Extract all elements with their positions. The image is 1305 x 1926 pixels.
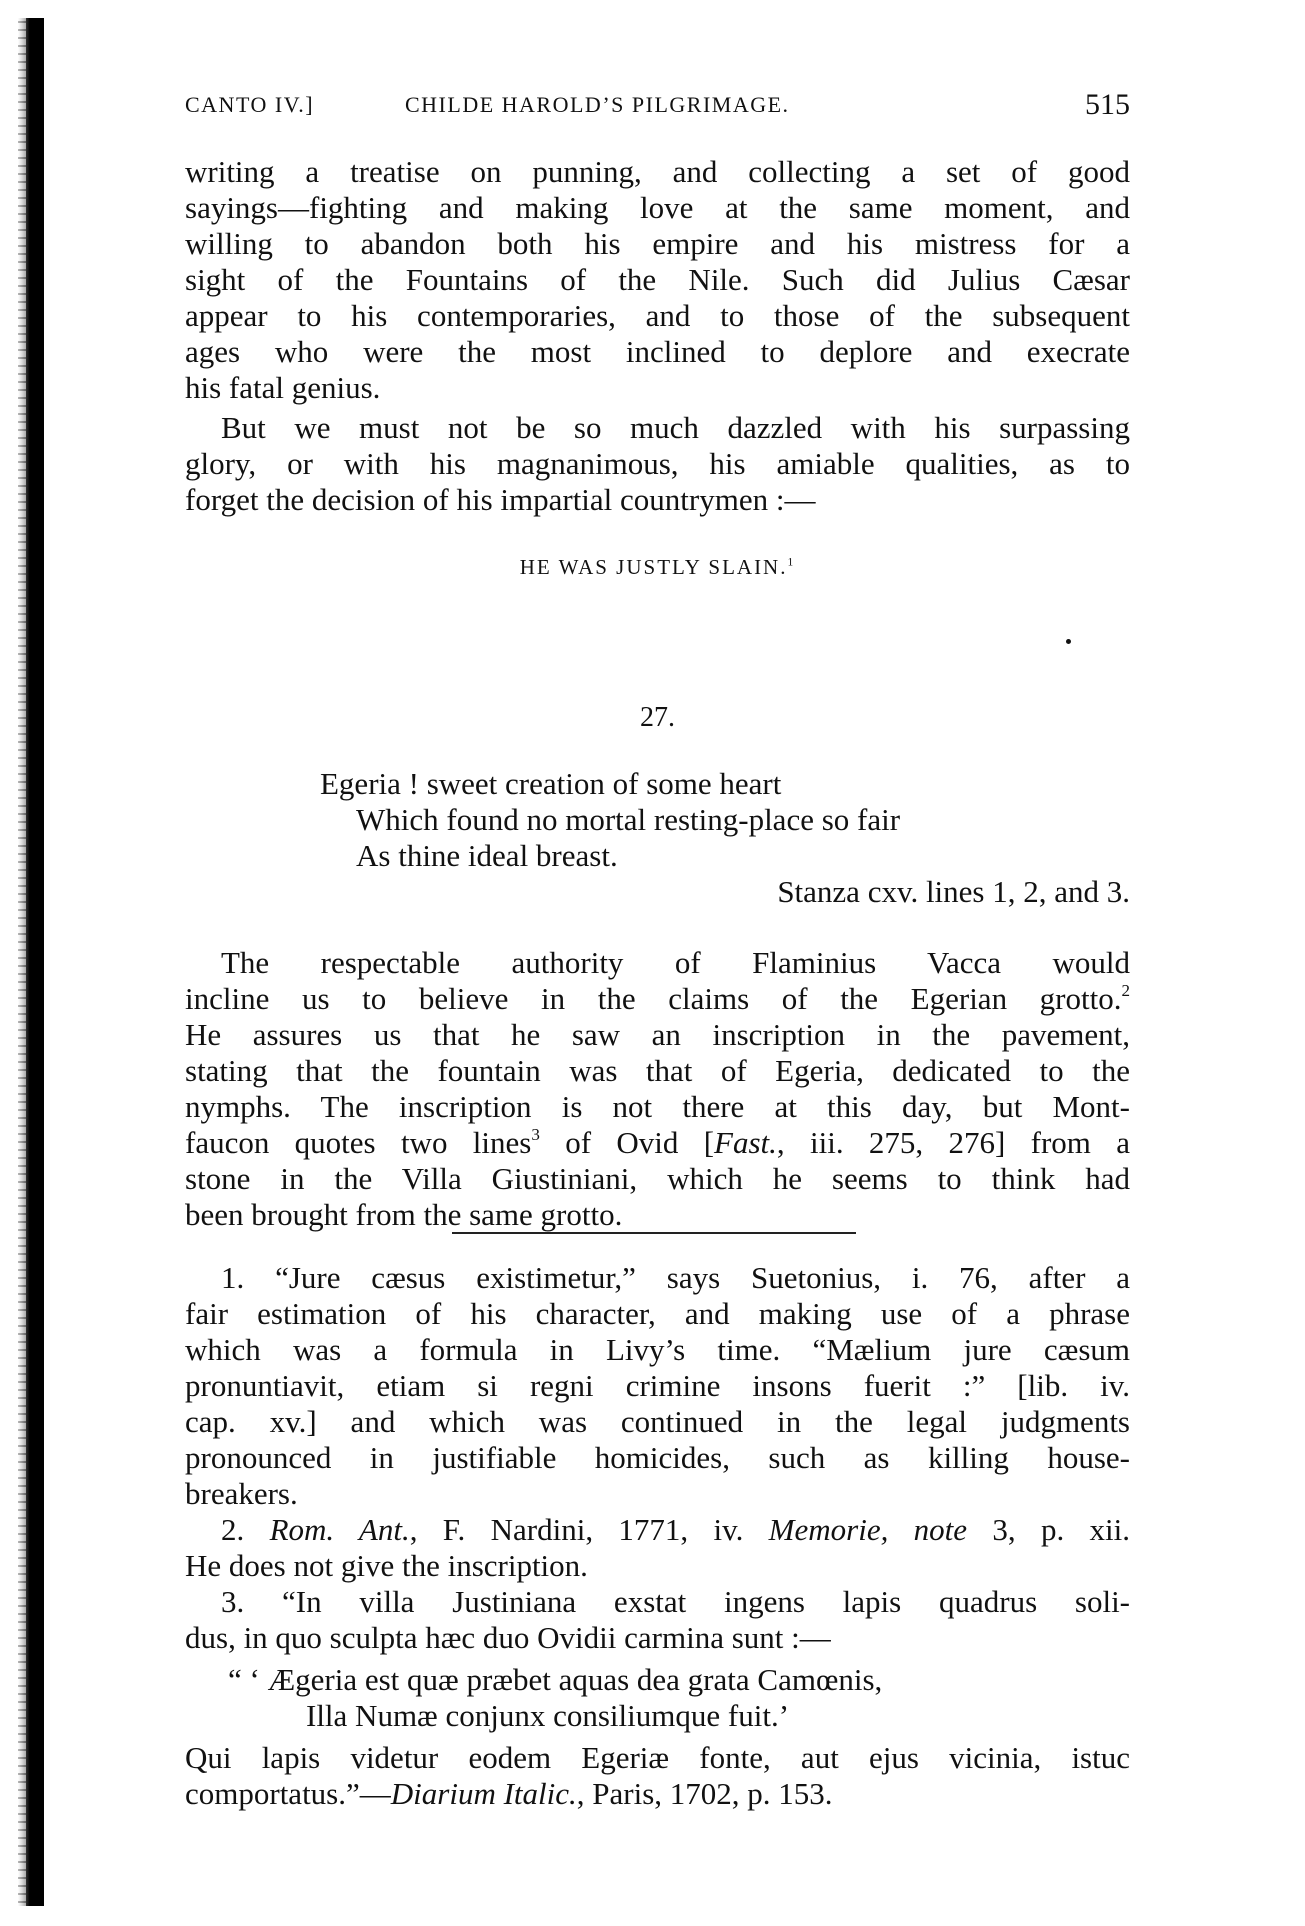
footnote-ref: 1	[787, 556, 795, 568]
text-line: incline us to believe in the claims of t…	[185, 981, 1130, 1017]
text-line: 2. Rom. Ant., F. Nardini, 1771, iv. Memo…	[185, 1512, 1130, 1548]
text-line: dus, in quo sculpta hæc duo Ovidii carmi…	[185, 1620, 1130, 1656]
verdict-heading: HE WAS JUSTLY SLAIN.1	[0, 552, 1305, 582]
text-line: which was a formula in Livy’s time. “Mæl…	[185, 1332, 1130, 1368]
italic-citation: Fast.	[714, 1125, 777, 1160]
text-line: breakers.	[185, 1476, 1130, 1512]
text-line: sight of the Fountains of the Nile. Such…	[185, 262, 1130, 298]
verse-line: Which found no mortal resting-place so f…	[356, 802, 900, 838]
footnote-ref: 2	[1121, 981, 1130, 1000]
page-number: 515	[1085, 88, 1130, 122]
latin-verse-line: Illa Numæ conjunx consiliumque fuit.’	[306, 1698, 789, 1734]
text-line: comportatus.”—Diarium Italic., Paris, 17…	[185, 1776, 1130, 1812]
text-span: faucon quotes two lines	[185, 1125, 531, 1160]
note-number: 27.	[0, 702, 1305, 734]
footnote-ref: 3	[531, 1125, 540, 1144]
text-line: appear to his contemporaries, and to tho…	[185, 298, 1130, 334]
text-line: forget the decision of his impartial cou…	[185, 482, 1130, 518]
text-line: 3. “In villa Justiniana exstat ingens la…	[185, 1584, 1130, 1620]
italic-citation: Diarium Italic.	[391, 1776, 577, 1811]
text-line: Qui lapis videtur eodem Egeriæ fonte, au…	[185, 1740, 1130, 1776]
text-span: 2.	[221, 1512, 270, 1547]
footnote-separator	[452, 1232, 856, 1234]
stray-ink-dot	[1066, 639, 1071, 644]
text-line: ages who were the most inclined to deplo…	[185, 334, 1130, 370]
text-line: been brought from the same grotto.	[185, 1197, 1130, 1233]
text-line: faucon quotes two lines3 of Ovid [Fast.,…	[185, 1125, 1130, 1161]
text-line: stating that the fountain was that of Eg…	[185, 1053, 1130, 1089]
text-line: nymphs. The inscription is not there at …	[185, 1089, 1130, 1125]
italic-citation: Memorie, note	[769, 1512, 967, 1547]
stanza-reference: Stanza cxv. lines 1, 2, and 3.	[185, 874, 1130, 910]
italic-citation: Rom. Ant.	[270, 1512, 410, 1547]
text-span: comportatus.”—	[185, 1776, 391, 1811]
text-line: willing to abandon both his empire and h…	[185, 226, 1130, 262]
text-line: his fatal genius.	[185, 370, 1130, 406]
verse-line: As thine ideal breast.	[356, 838, 618, 874]
text-span: , Paris, 1702, p. 153.	[577, 1776, 833, 1811]
verse-line: Egeria ! sweet creation of some heart	[320, 766, 781, 802]
text-span: incline us to believe in the claims of t…	[185, 981, 1121, 1016]
text-line: The respectable authority of Flaminius V…	[185, 945, 1130, 981]
text-span: 3, p. xii.	[967, 1512, 1130, 1547]
text-line: writing a treatise on punning, and colle…	[185, 154, 1130, 190]
running-header: CANTO IV.] CHILDE HAROLD’S PILGRIMAGE. 5…	[185, 88, 1130, 122]
text-span: , F. Nardini, 1771, iv.	[410, 1512, 769, 1547]
book-binding-edge	[18, 18, 44, 1906]
text-line: glory, or with his magnanimous, his amia…	[185, 446, 1130, 482]
latin-verse-line: “ ‘ Ægeria est quæ præbet aquas dea grat…	[228, 1662, 882, 1698]
text-span: , iii. 275, 276] from a	[777, 1125, 1130, 1160]
text-line: But we must not be so much dazzled with …	[185, 410, 1130, 446]
book-title: CHILDE HAROLD’S PILGRIMAGE.	[405, 88, 790, 122]
text-line: cap. xv.] and which was continued in the…	[185, 1404, 1130, 1440]
canto-label: CANTO IV.]	[185, 88, 314, 122]
text-line: sayings—fighting and making love at the …	[185, 190, 1130, 226]
text-line: 1. “Jure cæsus existimetur,” says Sueton…	[185, 1260, 1130, 1296]
verdict-text: HE WAS JUSTLY SLAIN.	[520, 555, 788, 579]
text-line: He does not give the inscription.	[185, 1548, 1130, 1584]
text-line: pronounced in justifiable homicides, suc…	[185, 1440, 1130, 1476]
text-line: pronuntiavit, etiam si regni crimine ins…	[185, 1368, 1130, 1404]
text-span: of Ovid [	[540, 1125, 714, 1160]
text-line: stone in the Villa Giustiniani, which he…	[185, 1161, 1130, 1197]
text-line: fair estimation of his character, and ma…	[185, 1296, 1130, 1332]
text-line: He assures us that he saw an inscription…	[185, 1017, 1130, 1053]
